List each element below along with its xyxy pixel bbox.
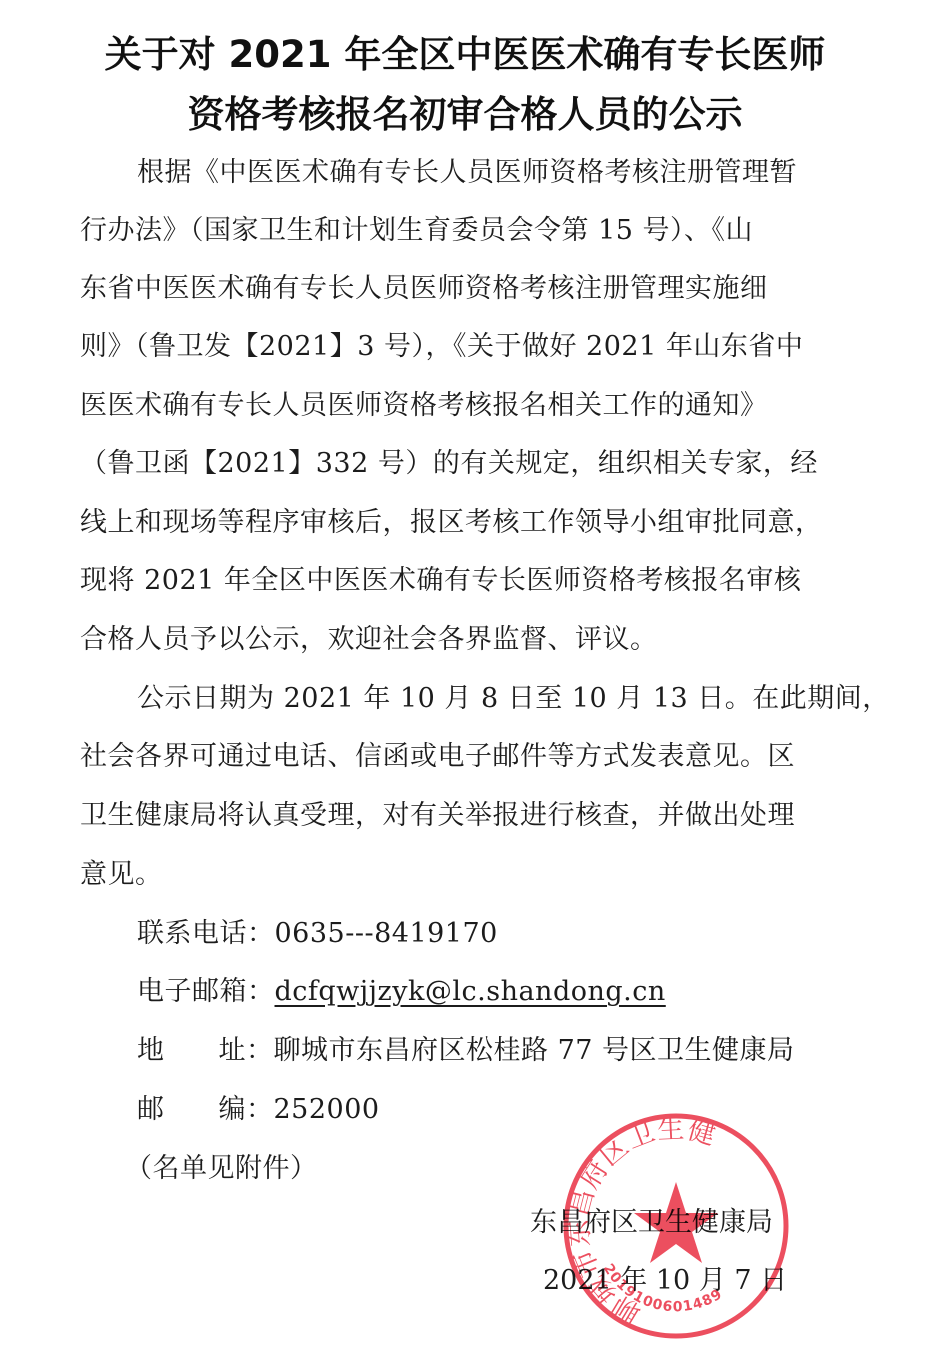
paragraph-line: 根据《中医医术确有专长人员医师资格考核注册管理暂 <box>137 150 797 189</box>
paragraph-line: 则》（鲁卫发【2021】3 号），《关于做好 2021 年山东省中 <box>80 324 803 363</box>
email-label: 电子邮箱： <box>137 976 275 1007</box>
official-seal-stamp: 聊城市东昌府区卫生健康局 2019100601489 <box>560 1110 792 1342</box>
email-link[interactable]: dcfqwjjzyk@lc.shandong.cn <box>275 976 666 1007</box>
postcode-value: 252000 <box>274 1094 380 1125</box>
paragraph-line: 东省中医医术确有专长人员医师资格考核注册管理实施细 <box>80 266 768 305</box>
postcode-label-suffix: 编： <box>219 1094 274 1125</box>
document-title-line-1: 关于对 2021 年全区中医医术确有专长医师 <box>0 24 930 78</box>
postcode-label: 邮 <box>137 1094 165 1125</box>
address-label: 地 <box>137 1035 165 1066</box>
paragraph-line: 医医术确有专长人员医师资格考核报名相关工作的通知》 <box>80 383 768 422</box>
contact-address: 地址：聊城市东昌府区松桂路 77 号区卫生健康局 <box>137 1028 795 1067</box>
contact-email: 电子邮箱：dcfqwjjzyk@lc.shandong.cn <box>137 969 666 1008</box>
paragraph-line: （鲁卫函【2021】332 号）的有关规定，组织相关专家，经 <box>80 441 818 480</box>
star-icon <box>634 1182 718 1263</box>
contact-postcode: 邮编：252000 <box>137 1087 380 1126</box>
paragraph-line: 卫生健康局将认真受理，对有关举报进行核查，并做出处理 <box>80 793 795 832</box>
paragraph-line: 行办法》（国家卫生和计划生育委员会令第 15 号）、《山 <box>80 208 753 247</box>
address-label-suffix: 址： <box>219 1035 274 1066</box>
paragraph-line: 公示日期为 2021 年 10 月 8 日至 10 月 13 日。在此期间， <box>137 676 890 715</box>
paragraph-line: 现将 2021 年全区中医医术确有专长医师资格考核报名审核 <box>80 558 801 597</box>
attachment-note: （名单见附件） <box>125 1146 318 1185</box>
paragraph-line: 合格人员予以公示，欢迎社会各界监督、评议。 <box>80 617 658 656</box>
phone-value: 0635---8419170 <box>275 918 498 949</box>
paragraph-line: 意见。 <box>80 852 163 891</box>
paragraph-line: 线上和现场等程序审核后，报区考核工作领导小组审批同意， <box>80 500 823 539</box>
address-value: 聊城市东昌府区松桂路 77 号区卫生健康局 <box>274 1035 795 1066</box>
contact-phone: 联系电话：0635---8419170 <box>137 911 498 950</box>
paragraph-line: 社会各界可通过电话、信函或电子邮件等方式发表意见。区 <box>80 734 795 773</box>
phone-label: 联系电话： <box>137 918 275 949</box>
document-title-line-2: 资格考核报名初审合格人员的公示 <box>0 84 930 138</box>
